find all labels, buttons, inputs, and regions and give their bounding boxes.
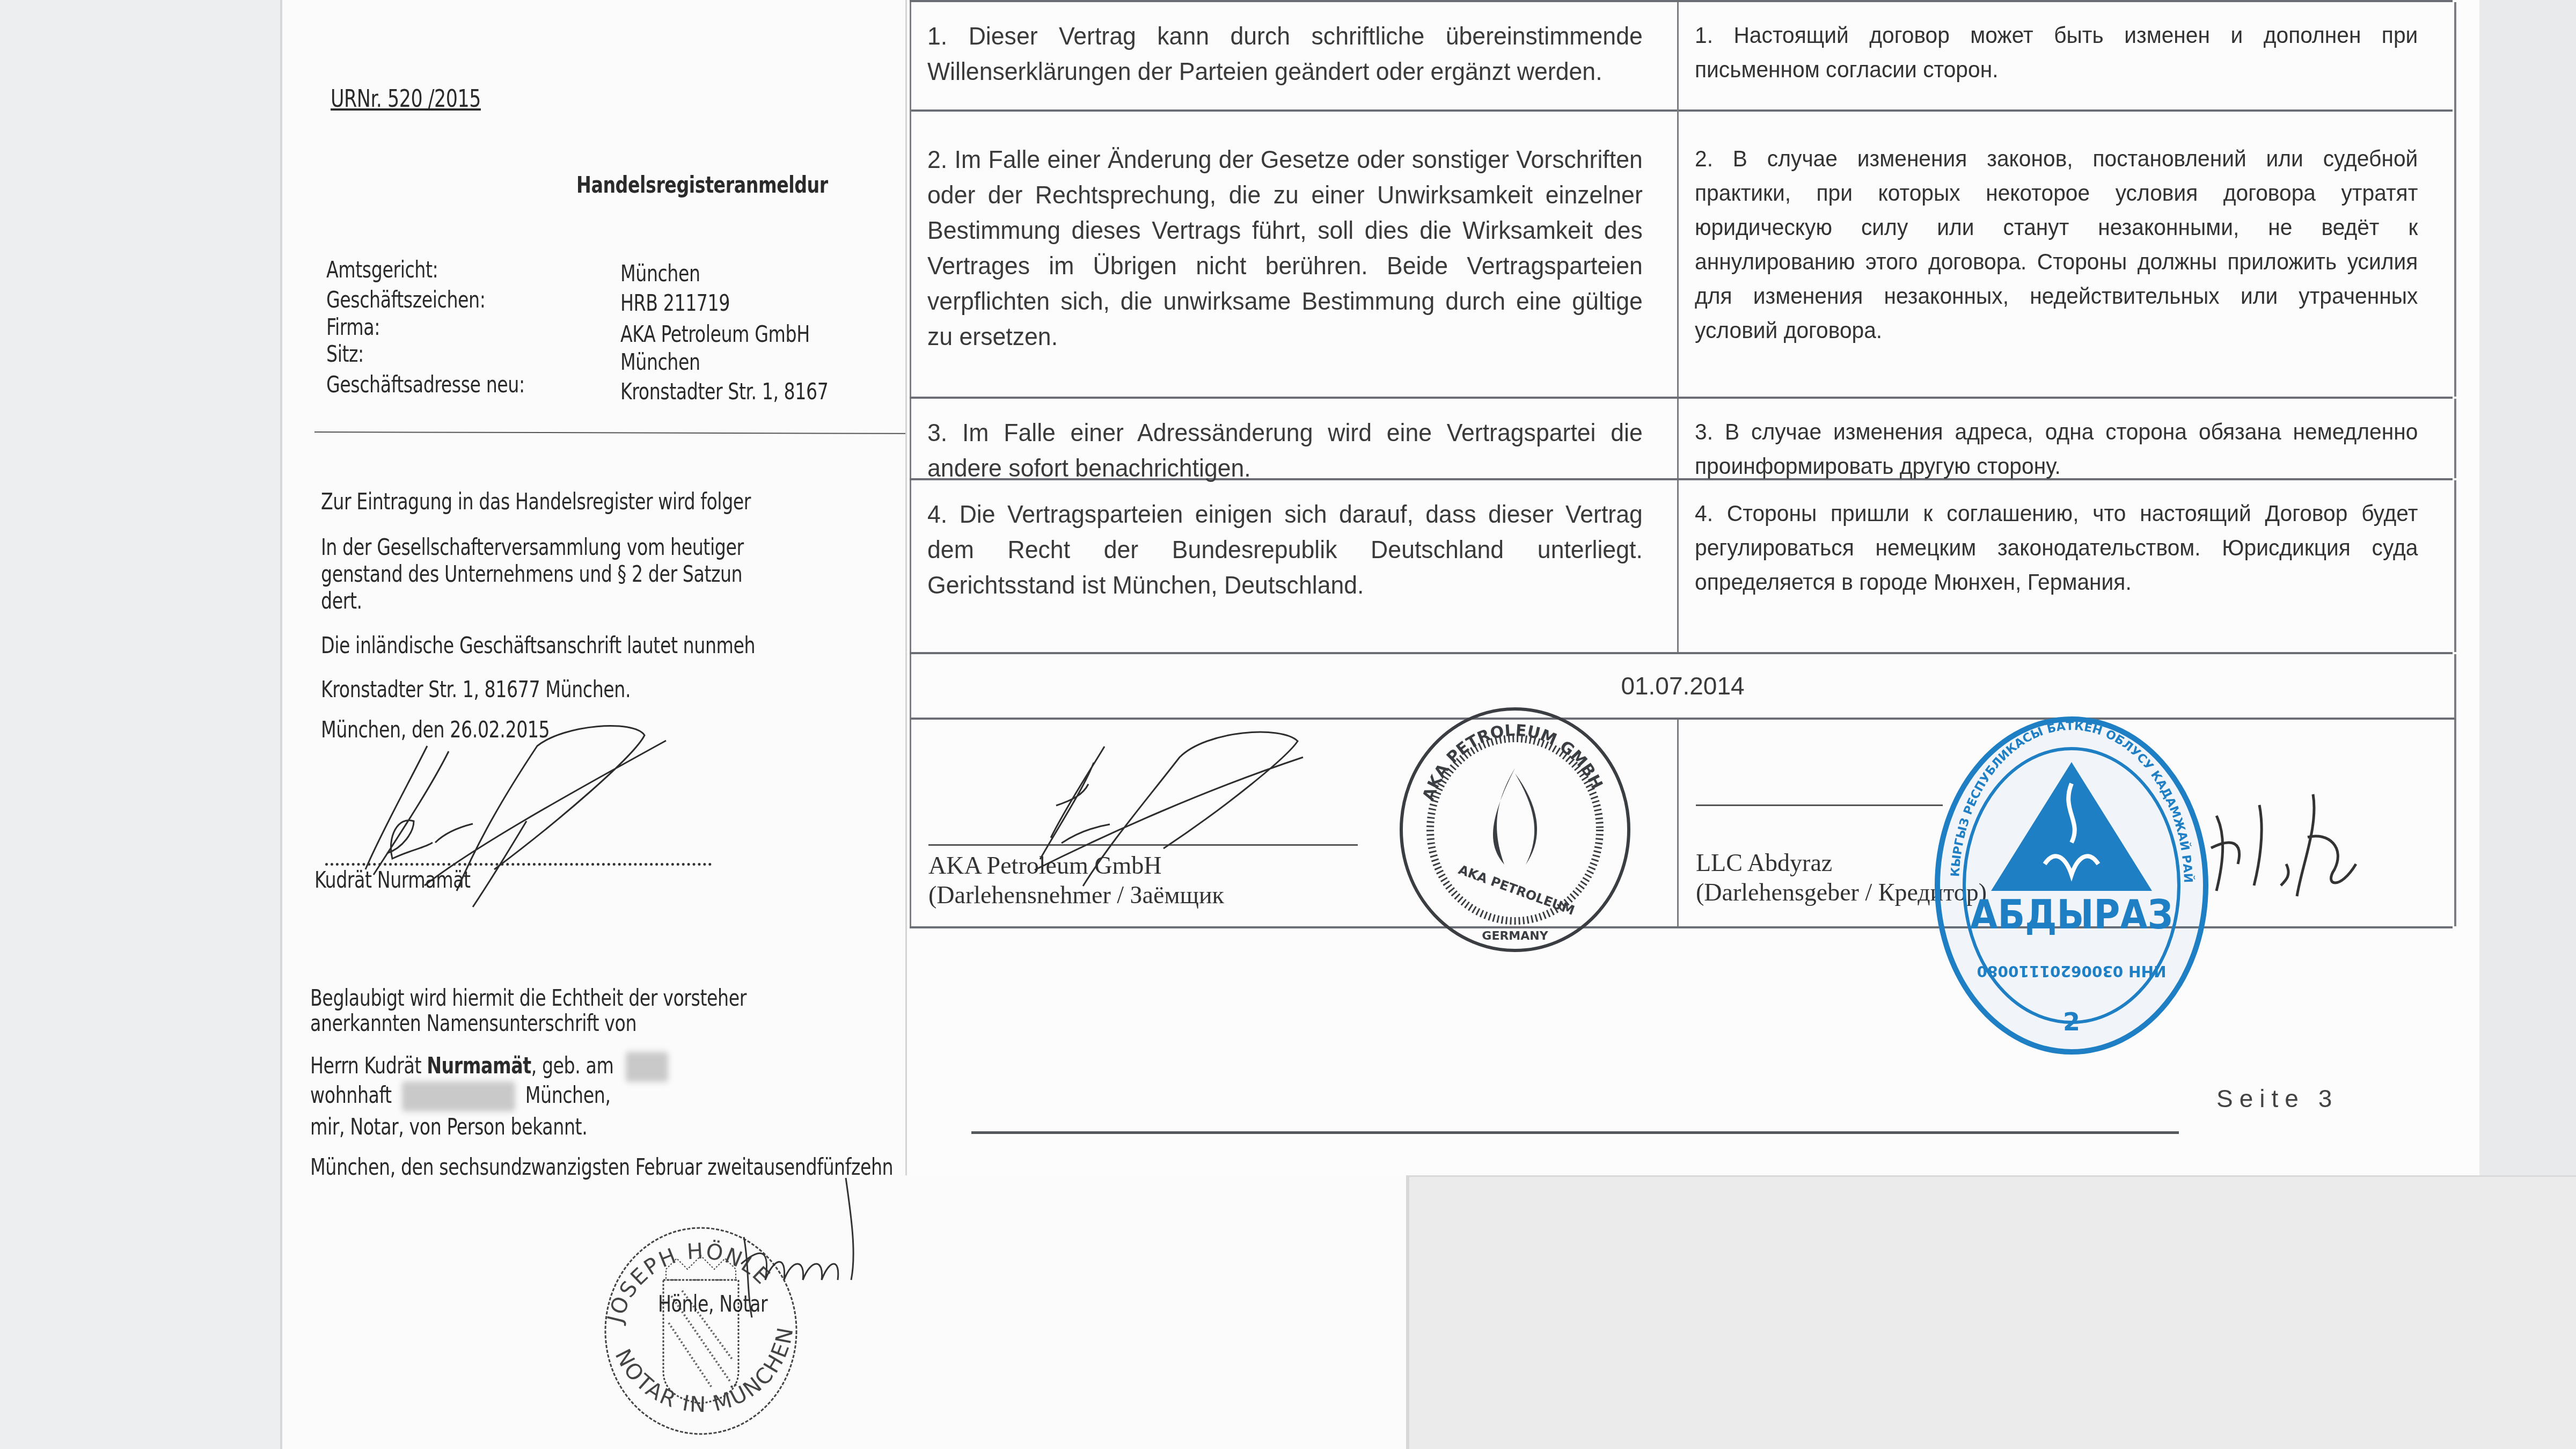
footer-rule xyxy=(971,1131,2179,1134)
svg-text:2: 2 xyxy=(2063,1007,2080,1036)
contract-date: 01.07.2014 xyxy=(911,671,2454,700)
field-value-company: AKA Petroleum GmbH xyxy=(620,321,810,348)
lender-name: LLC Abdyraz xyxy=(1696,848,1832,877)
svg-text:ИНН 03006201110080: ИНН 03006201110080 xyxy=(1977,962,2167,980)
resolution-line-2: genstand des Unternehmens und § 2 der Sa… xyxy=(321,561,742,588)
clause-1-russian: 1. Настоящий договор может быть изменен … xyxy=(1677,2,2456,109)
field-label-court: Amtsgericht: xyxy=(326,257,438,283)
svg-text:NOTAR IN MÜNCHEN: NOTAR IN MÜNCHEN xyxy=(610,1324,799,1417)
person-surname: Nurmamät xyxy=(427,1052,531,1079)
certification-line-1: Beglaubigt wird hiermit die Echtheit der… xyxy=(310,985,747,1012)
certification-line-2: anerkannten Namensunterschrift von xyxy=(310,1010,636,1037)
field-value-seat: München xyxy=(620,349,700,376)
lender-signature-line xyxy=(1696,804,1943,806)
clause-1-german: 1. Dieser Vertrag kann durch schriftlich… xyxy=(910,2,1679,109)
resolution-line-3: dert. xyxy=(321,588,362,614)
field-label-seat: Sitz: xyxy=(326,341,364,368)
scan-background-bottom-right xyxy=(1406,1175,2576,1449)
clause-row-2: 2. Im Falle einer Änderung der Gesetze o… xyxy=(910,109,2453,399)
clause-2-russian: 2. В случае изменения законов, постановл… xyxy=(1677,109,2456,397)
page-number: Seite 3 xyxy=(2216,1084,2338,1113)
borrower-signature xyxy=(1002,725,1378,902)
registration-intro: Zur Eintragung in das Handelsregister wi… xyxy=(321,488,751,515)
resolution-line-1: In der Gesellschafterversammlung vom heu… xyxy=(321,534,744,561)
domestic-address: Kronstadter Str. 1, 81677 München. xyxy=(321,676,631,703)
redacted-address xyxy=(402,1081,515,1111)
lender-signature xyxy=(2206,784,2367,907)
clause-row-1: 1. Dieser Vertrag kann durch schriftlich… xyxy=(910,0,2453,112)
field-label-file-number: Geschäftszeichen: xyxy=(326,287,485,313)
reference-number: URNr. 520 /2015 xyxy=(331,86,481,113)
clause-4-german: 4. Die Vertragsparteien einigen sich dar… xyxy=(910,480,1679,652)
certification-line-4: wohnhaft München, xyxy=(310,1081,611,1111)
lender-company-stamp-icon: КЫРГЫЗ РЕСПУБЛИКАСЫ БАТКЕН ОБЛУСУ КАДАМЖ… xyxy=(1921,703,2222,1068)
svg-text:GERMANY: GERMANY xyxy=(1482,930,1548,943)
residence-label: wohnhaft xyxy=(310,1082,392,1108)
birth-label: , geb. am xyxy=(531,1052,614,1079)
certification-line-3: Herrn Kudrät Nurmamät, geb. am xyxy=(310,1052,668,1082)
clause-3-german: 3. Im Falle einer Adressänderung wird ei… xyxy=(910,399,1679,478)
residence-city: München, xyxy=(525,1082,611,1108)
clause-2-german: 2. Im Falle einer Änderung der Gesetze o… xyxy=(910,109,1679,397)
contract-page: 1. Dieser Vertrag kann durch schriftlich… xyxy=(907,0,2479,1175)
svg-text:АБДЫРАЗ: АБДЫРАЗ xyxy=(1970,892,2173,938)
domestic-address-intro: Die inländische Geschäftsanschrift laute… xyxy=(321,632,755,659)
person-first-name: Herrn Kudrät xyxy=(310,1052,427,1079)
field-value-new-address: Kronstadter Str. 1, 8167 xyxy=(620,378,828,405)
clause-row-4: 4. Die Vertragsparteien einigen sich dar… xyxy=(910,480,2453,654)
borrower-signature-cell: AKA Petroleum GmbH (Darlehensnehmer / За… xyxy=(910,720,1679,926)
redacted-birthdate xyxy=(626,1052,668,1082)
certification-line-5: mir, Notar, von Person bekannt. xyxy=(310,1114,587,1140)
scan-background-left xyxy=(0,0,280,1449)
field-label-new-address: Geschäftsadresse neu: xyxy=(326,371,525,398)
clause-row-3: 3. Im Falle einer Adressänderung wird ei… xyxy=(910,399,2453,480)
document-title: Handelsregisteranmeldur xyxy=(576,172,828,199)
clause-3-russian: 3. В случае изменения адреса, одна сторо… xyxy=(1677,399,2456,478)
signatory-name: Kudrät Nurmamät xyxy=(314,867,471,894)
clause-4-russian: 4. Стороны пришли к соглашению, что наст… xyxy=(1677,480,2456,652)
signature-line xyxy=(325,863,712,866)
field-label-company: Firma: xyxy=(326,314,380,341)
field-value-file-number: HRB 211719 xyxy=(620,290,730,317)
field-value-court: München xyxy=(620,260,700,287)
borrower-company-stamp-icon: AKA PETROLEUM GMBH AKA PETROLEUM GERMANY xyxy=(1389,704,1641,956)
notary-caption: Hönle, Notar xyxy=(658,1291,767,1318)
date-row: 01.07.2014 xyxy=(910,654,2456,720)
